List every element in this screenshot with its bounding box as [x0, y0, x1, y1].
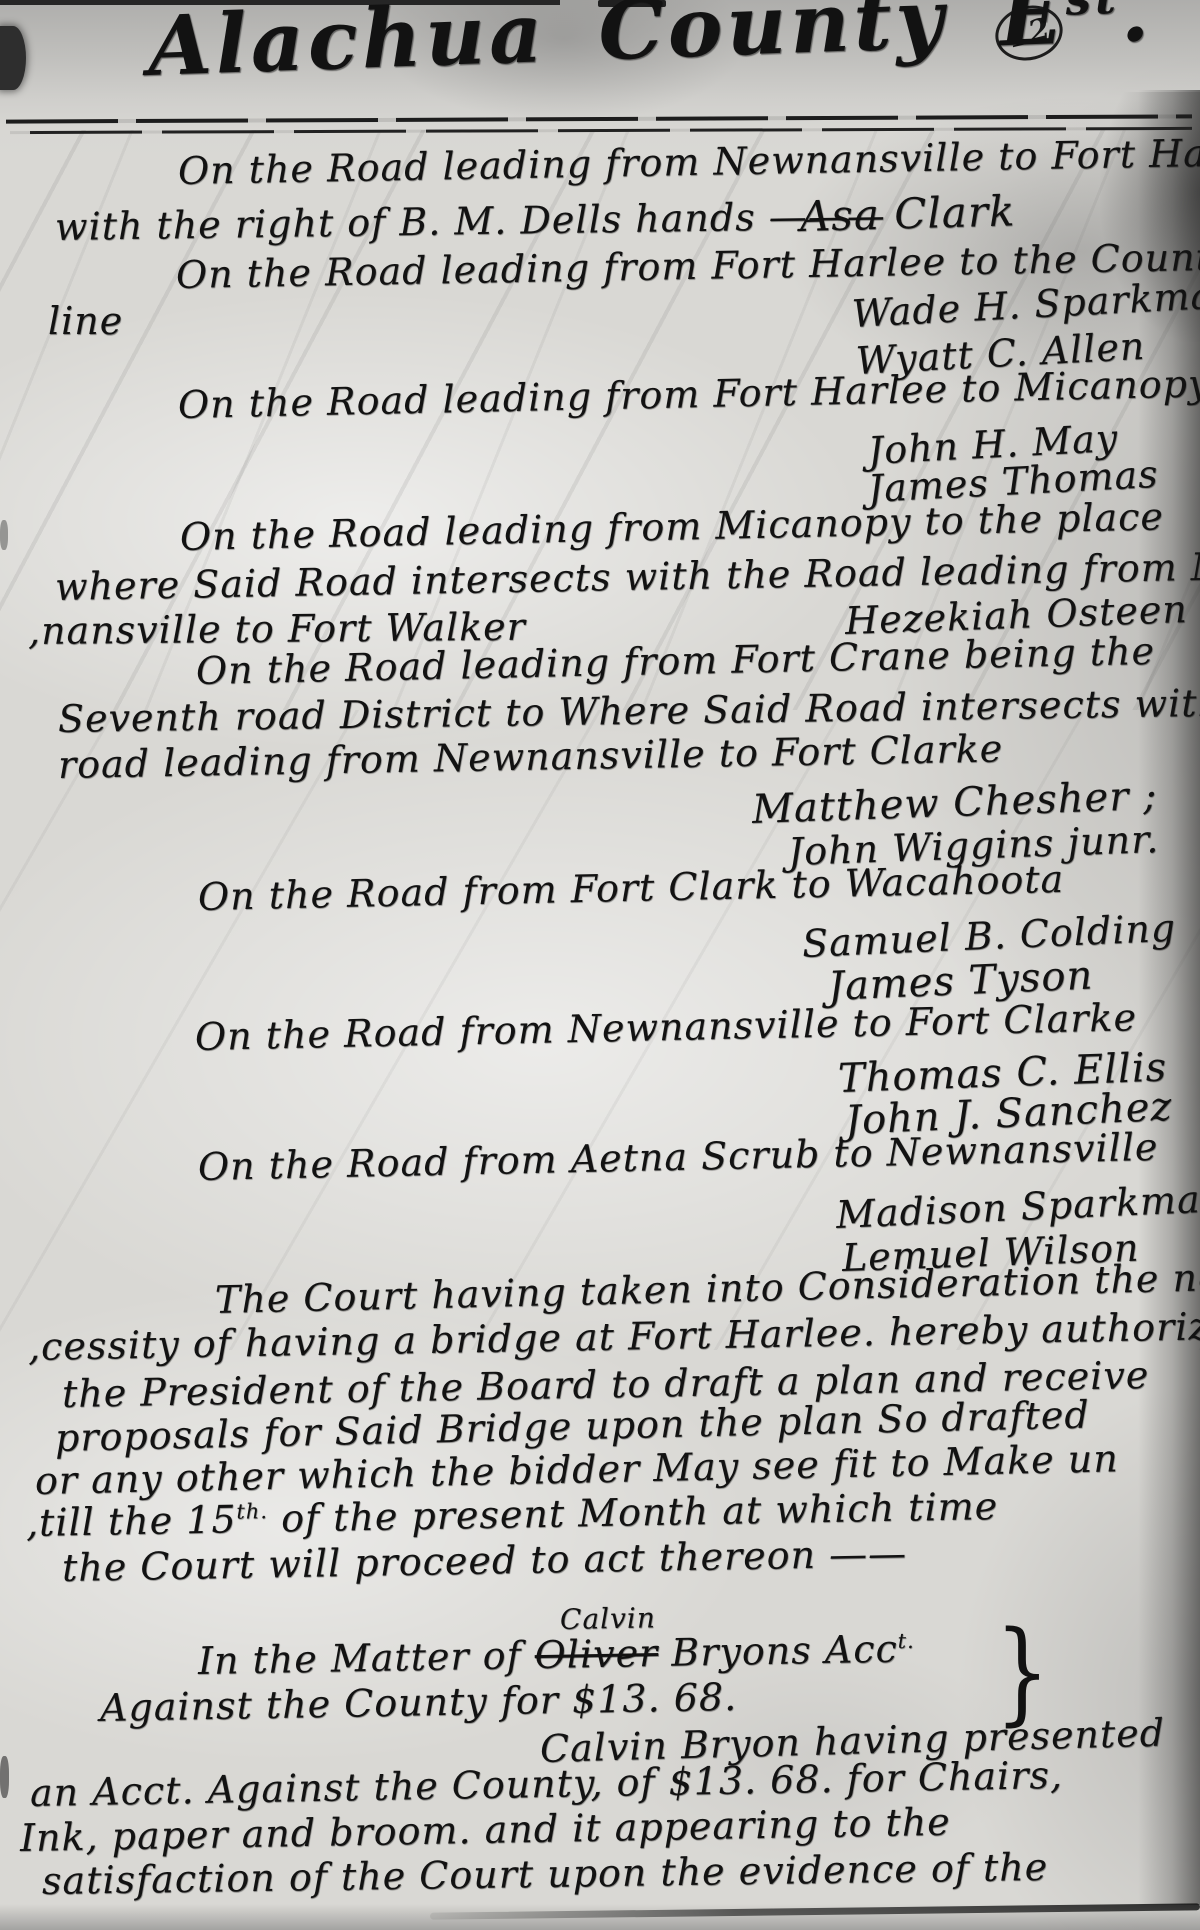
text-segment: th.	[236, 1499, 268, 1524]
text-segment: t.	[897, 1629, 914, 1653]
text-segment: Asa Clark	[799, 186, 1016, 241]
text-segment: Against the County for $13. 68.	[100, 1675, 738, 1730]
header-rule-top	[6, 114, 1192, 123]
manuscript-line: On the Road from Aetna Scrub to Newnansv…	[198, 1128, 1159, 1186]
page-title: Alachua County Est. Fla	[147, 0, 1200, 88]
header-rule-bottom	[10, 127, 1192, 134]
text-segment: In the Matter of	[198, 1633, 535, 1683]
text-segment: with the right of B. M. Dells hands ———	[55, 193, 886, 249]
signature-name: Samuel B. Colding	[801, 909, 1177, 963]
manuscript-line: Against the County for $13. 68.	[100, 1678, 738, 1727]
text-segment: On the Road from Newnansville to Fort Cl…	[195, 995, 1138, 1059]
manuscript-line: On the Road from Fort Clark to Wacahoota	[198, 860, 1065, 916]
inserted-word: Calvin	[560, 1604, 656, 1634]
text-segment: ,till the 15	[26, 1497, 237, 1545]
text-segment: . Fla	[1118, 0, 1200, 61]
ink-blot	[0, 26, 26, 90]
manuscript-line: On the Road leading from Newnansville to…	[178, 133, 1200, 190]
text-segment: On the Road leading from Fort Harlee to …	[178, 361, 1200, 427]
text-segment: On the Road from Fort Clark to Wacahoota	[198, 857, 1065, 919]
text-segment: On the Road leading from Newnansville to…	[178, 130, 1200, 193]
manuscript-page: 12 Alachua County Est. FlaOn the Road le…	[0, 0, 1200, 1930]
manuscript-line: On the Road from Newnansville to Fort Cl…	[195, 998, 1138, 1056]
manuscript-line: On the Road leading from Fort Harlee to …	[178, 364, 1200, 424]
text-segment: Bryons Acc	[658, 1627, 898, 1675]
text-segment: On the Road from Aetna Scrub to Newnansv…	[198, 1125, 1159, 1189]
manuscript-line: with the right of B. M. Dells hands ———	[55, 196, 886, 246]
signature-name: Asa Clark	[799, 190, 1015, 238]
page-edge-shadow	[0, 1904, 1200, 1930]
text-segment: Alachua County E	[146, 0, 1067, 95]
manuscript-line: In the Matter of Oliver Bryons Acct.	[198, 1629, 916, 1680]
text-segment: line	[48, 299, 123, 343]
manuscript-line: line	[48, 302, 123, 340]
text-segment: st	[1064, 0, 1120, 26]
ink-blot	[0, 520, 8, 550]
struck-word: Oliver	[534, 1631, 658, 1677]
account-brace: }	[995, 1617, 1051, 1729]
ink-blot	[0, 1756, 9, 1798]
